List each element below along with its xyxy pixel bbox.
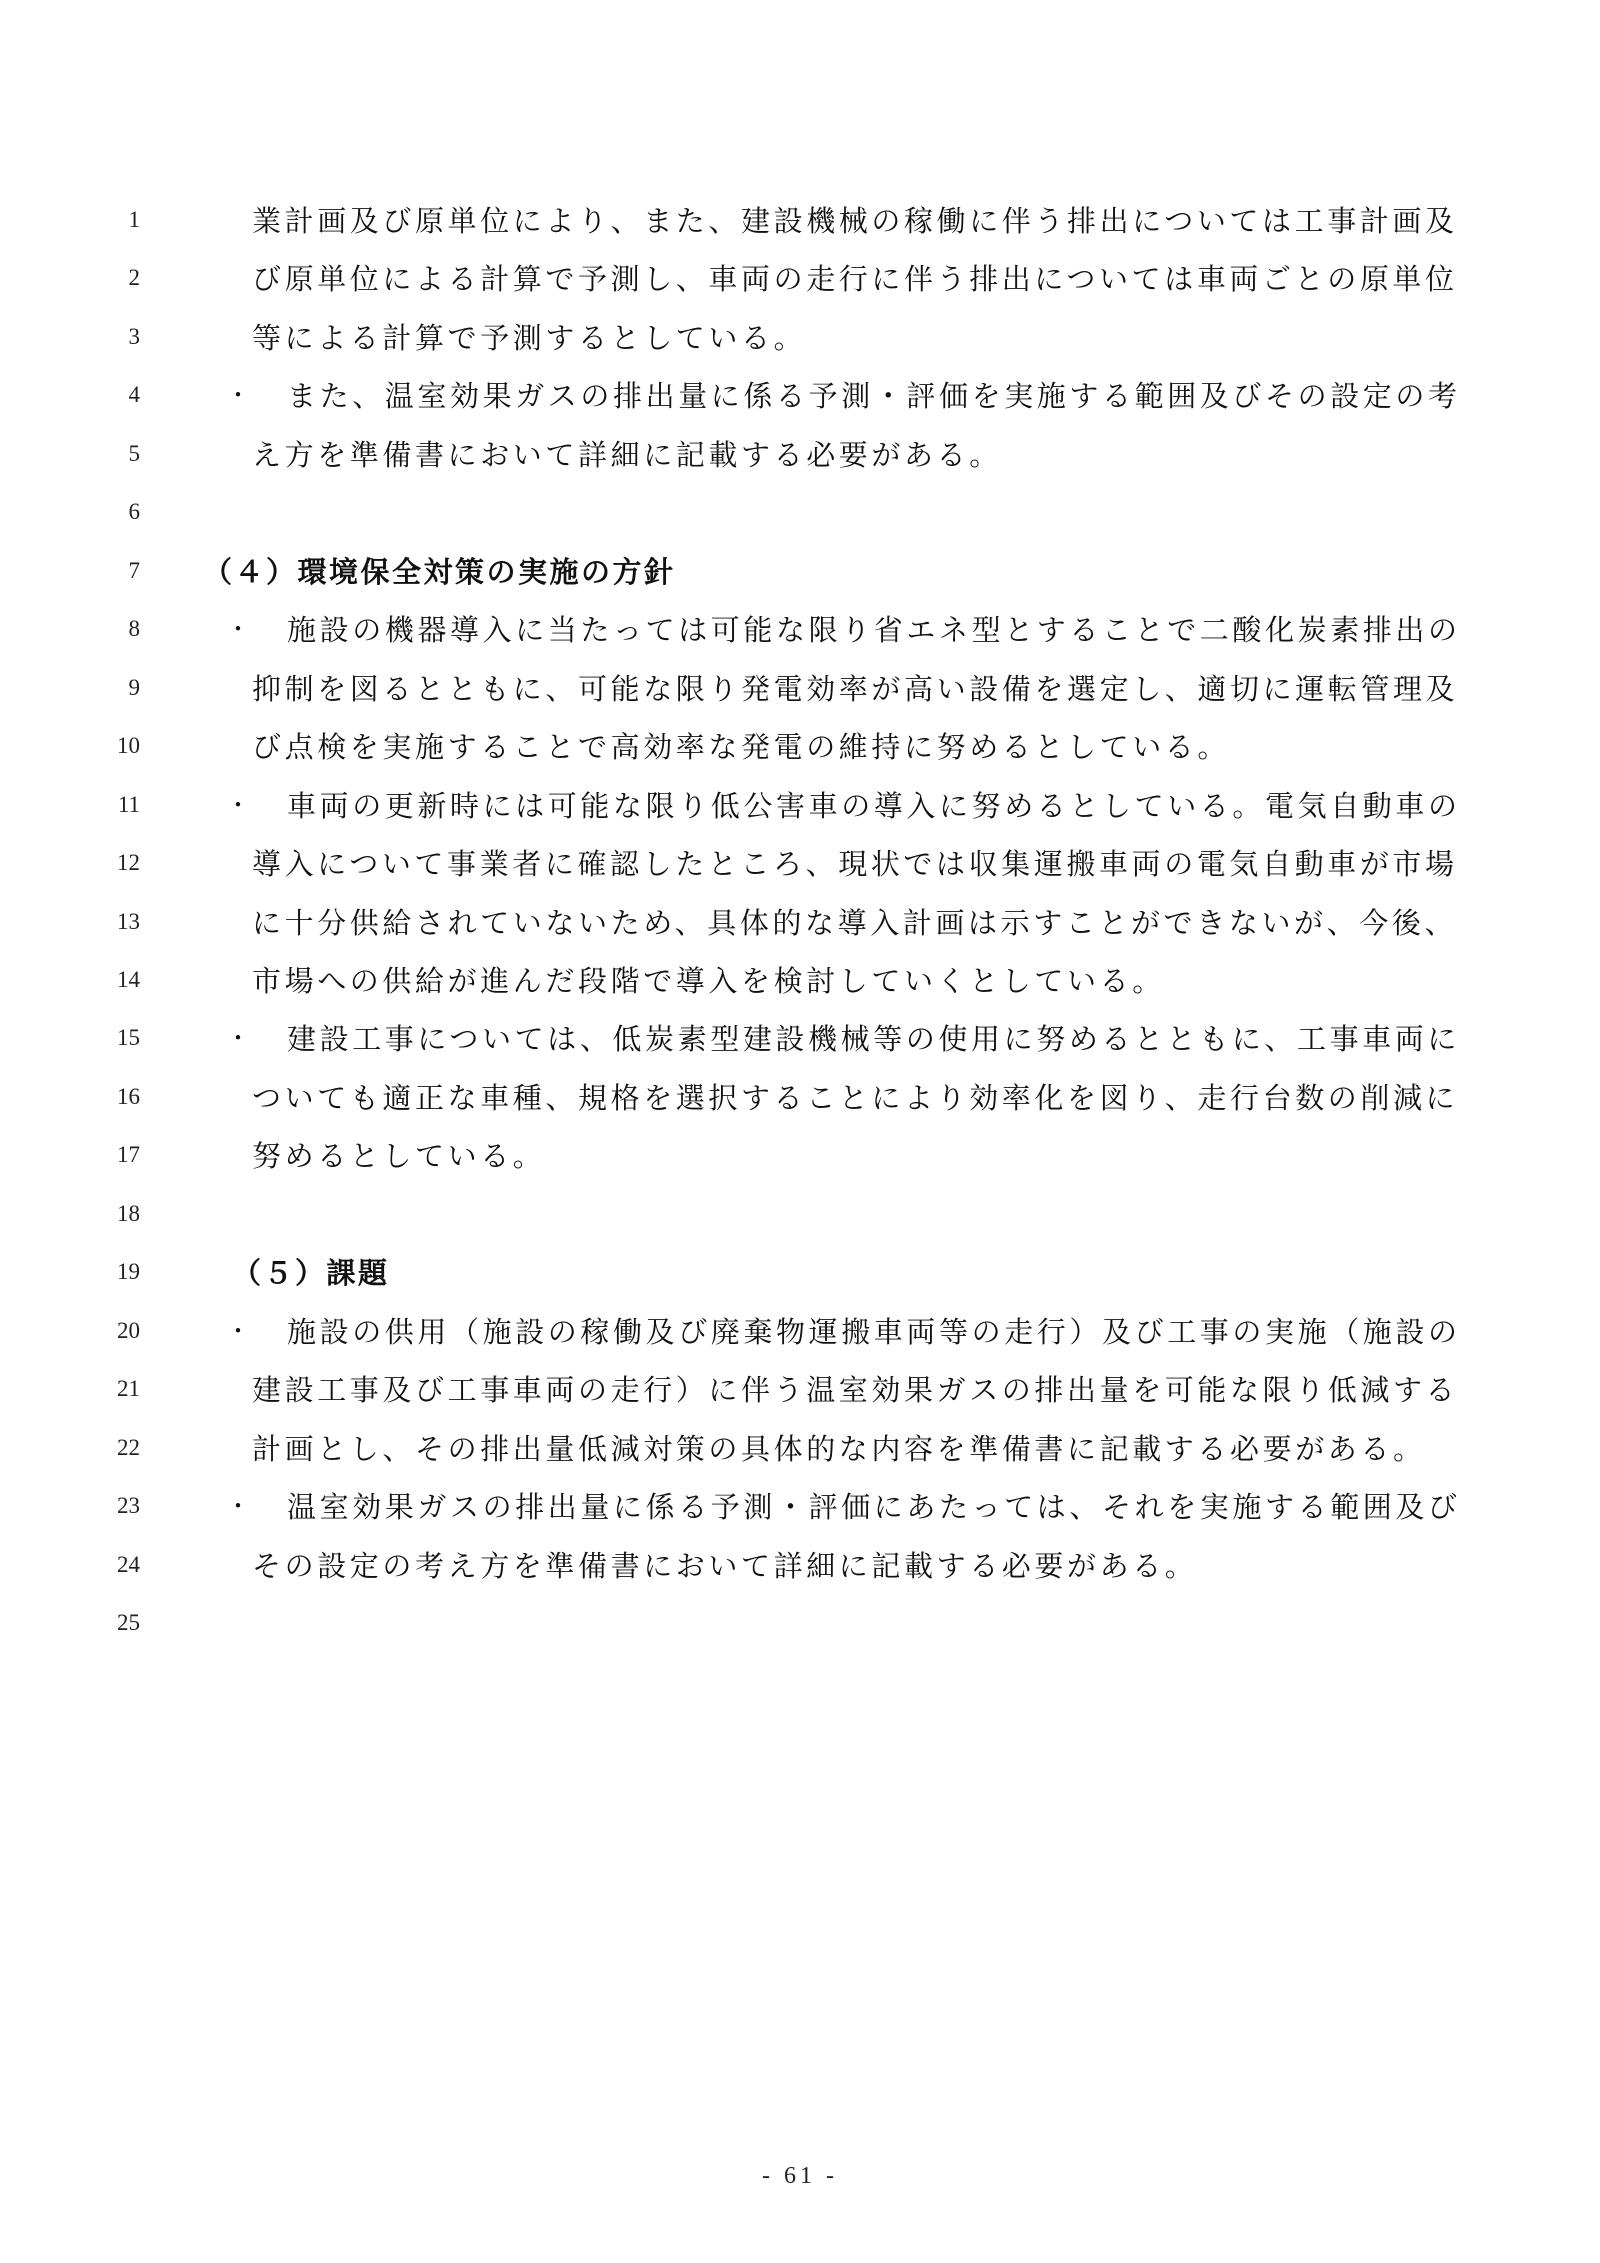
bullet-item-text: 建設工事については、低炭素型建設機械等の使用に努めるとともに、工事車両に bbox=[287, 1022, 1460, 1056]
line-number: 17 bbox=[100, 1140, 140, 1170]
document-line: 8・施設の機器導入に当たっては可能な限り省エネ型とすることで二酸化炭素排出の bbox=[0, 604, 1600, 662]
paragraph-text: 努めるとしている。 bbox=[252, 1139, 545, 1173]
bullet-item-text: 温室効果ガスの排出量に係る予測・評価にあたっては、それを実施する範囲及び bbox=[287, 1490, 1461, 1524]
line-number: 11 bbox=[100, 790, 140, 820]
document-line: 17努めるとしている。 bbox=[0, 1130, 1600, 1188]
line-number: 3 bbox=[100, 322, 140, 352]
document-line: 20・施設の供用（施設の稼働及び廃棄物運搬車両等の走行）及び工事の実施（施設の bbox=[0, 1306, 1600, 1364]
bullet-item-text: また、温室効果ガスの排出量に係る予測・評価を実施する範囲及びその設定の考 bbox=[287, 379, 1461, 413]
document-line: 15・建設工事については、低炭素型建設機械等の使用に努めるとともに、工事車両に bbox=[0, 1013, 1600, 1071]
document-line: 5え方を準備書において詳細に記載する必要がある。 bbox=[0, 429, 1600, 487]
bullet-icon: ・ bbox=[226, 613, 250, 645]
paragraph-text: ついても適正な車種、規格を選択することにより効率化を図り、走行台数の削減に bbox=[252, 1081, 1458, 1115]
bullet-icon: ・ bbox=[226, 379, 250, 411]
document-line: 9抑制を図るとともに、可能な限り発電効率が高い設備を選定し、適切に運転管理及 bbox=[0, 663, 1600, 721]
document-line: 13に十分供給されていないため、具体的な導入計画は示すことができないが、今後、 bbox=[0, 897, 1600, 955]
paragraph-text: び原単位による計算で予測し、車両の走行に伴う排出については車両ごとの原単位 bbox=[252, 262, 1458, 296]
paragraph-text: 建設工事及び工事車両の走行）に伴う温室効果ガスの排出量を可能な限り低減する bbox=[252, 1373, 1458, 1407]
line-number: 16 bbox=[100, 1082, 140, 1112]
section-heading-5: （５）課題 bbox=[232, 1256, 390, 1290]
document-page: 1業計画及び原単位により、また、建設機械の稼働に伴う排出については工事計画及 2… bbox=[0, 0, 1600, 2263]
line-number: 8 bbox=[100, 614, 140, 644]
document-line: 3等による計算で予測するとしている。 bbox=[0, 312, 1600, 370]
paragraph-text: その設定の考え方を準備書において詳細に記載する必要がある。 bbox=[252, 1549, 1197, 1583]
document-line: 4・また、温室効果ガスの排出量に係る予測・評価を実施する範囲及びその設定の考 bbox=[0, 370, 1600, 428]
document-line: 22計画とし、その排出量低減対策の具体的な内容を準備書に記載する必要がある。 bbox=[0, 1423, 1600, 1481]
line-number: 24 bbox=[100, 1550, 140, 1580]
paragraph-text: 等による計算で予測するとしている。 bbox=[252, 321, 806, 355]
line-number: 19 bbox=[100, 1257, 140, 1287]
bullet-icon: ・ bbox=[226, 1315, 250, 1347]
paragraph-text: 導入について事業者に確認したところ、現状では収集運搬車両の電気自動車が市場 bbox=[252, 847, 1458, 881]
document-line: 24その設定の考え方を準備書において詳細に記載する必要がある。 bbox=[0, 1540, 1600, 1598]
line-number: 25 bbox=[100, 1608, 140, 1638]
paragraph-text: に十分供給されていないため、具体的な導入計画は示すことができないが、今後、 bbox=[252, 906, 1457, 940]
line-number: 14 bbox=[100, 965, 140, 995]
paragraph-text: 抑制を図るとともに、可能な限り発電効率が高い設備を選定し、適切に運転管理及 bbox=[252, 672, 1458, 706]
document-line: 6 bbox=[0, 487, 1600, 545]
paragraph-text: 計画とし、その排出量低減対策の具体的な内容を準備書に記載する必要がある。 bbox=[252, 1432, 1426, 1466]
line-number: 7 bbox=[100, 556, 140, 586]
line-number: 10 bbox=[100, 731, 140, 761]
bullet-item-text: 車両の更新時には可能な限り低公害車の導入に努めるとしている。電気自動車の bbox=[287, 789, 1461, 823]
bullet-icon: ・ bbox=[226, 1022, 250, 1054]
bullet-item-text: 施設の機器導入に当たっては可能な限り省エネ型とすることで二酸化炭素排出の bbox=[287, 613, 1461, 647]
bullet-item-text: 施設の供用（施設の稼働及び廃棄物運搬車両等の走行）及び工事の実施（施設の bbox=[287, 1315, 1461, 1349]
line-number: 4 bbox=[100, 380, 140, 410]
line-number: 1 bbox=[100, 205, 140, 235]
bullet-icon: ・ bbox=[226, 1490, 250, 1522]
bullet-icon: ・ bbox=[226, 789, 250, 821]
line-number: 18 bbox=[100, 1199, 140, 1229]
document-line: 25 bbox=[0, 1598, 1600, 1656]
line-number: 22 bbox=[100, 1433, 140, 1463]
document-line: 10び点検を実施することで高効率な発電の維持に努めるとしている。 bbox=[0, 721, 1600, 779]
document-line: 12導入について事業者に確認したところ、現状では収集運搬車両の電気自動車が市場 bbox=[0, 838, 1600, 896]
line-number: 23 bbox=[100, 1491, 140, 1521]
document-line: 18 bbox=[0, 1189, 1600, 1247]
line-number: 2 bbox=[100, 263, 140, 293]
document-line: 21建設工事及び工事車両の走行）に伴う温室効果ガスの排出量を可能な限り低減する bbox=[0, 1364, 1600, 1422]
document-line: 2び原単位による計算で予測し、車両の走行に伴う排出については車両ごとの原単位 bbox=[0, 253, 1600, 311]
line-number: 12 bbox=[100, 848, 140, 878]
document-line: 7（４）環境保全対策の実施の方針 bbox=[0, 546, 1600, 604]
line-number: 21 bbox=[100, 1374, 140, 1404]
paragraph-text: び点検を実施することで高効率な発電の維持に努めるとしている。 bbox=[252, 730, 1230, 764]
document-line: 16ついても適正な車種、規格を選択することにより効率化を図り、走行台数の削減に bbox=[0, 1072, 1600, 1130]
line-number: 15 bbox=[100, 1023, 140, 1053]
document-line: 19（５）課題 bbox=[0, 1247, 1600, 1305]
document-line: 11・車両の更新時には可能な限り低公害車の導入に努めるとしている。電気自動車の bbox=[0, 780, 1600, 838]
document-line: 1業計画及び原単位により、また、建設機械の稼働に伴う排出については工事計画及 bbox=[0, 195, 1600, 253]
paragraph-text: 業計画及び原単位により、また、建設機械の稼働に伴う排出については工事計画及 bbox=[252, 204, 1458, 238]
paragraph-text: え方を準備書において詳細に記載する必要がある。 bbox=[252, 438, 1002, 472]
line-number: 6 bbox=[100, 497, 140, 527]
line-number: 9 bbox=[100, 673, 140, 703]
document-line: 23・温室効果ガスの排出量に係る予測・評価にあたっては、それを実施する範囲及び bbox=[0, 1481, 1600, 1539]
line-number: 20 bbox=[100, 1316, 140, 1346]
line-number: 5 bbox=[100, 439, 140, 469]
line-number: 13 bbox=[100, 907, 140, 937]
section-heading-4: （４）環境保全対策の実施の方針 bbox=[203, 555, 676, 589]
page-number: - 61 - bbox=[0, 2163, 1600, 2190]
document-line: 14市場への供給が進んだ段階で導入を検討していくとしている。 bbox=[0, 955, 1600, 1013]
paragraph-text: 市場への供給が進んだ段階で導入を検討していくとしている。 bbox=[252, 964, 1165, 998]
